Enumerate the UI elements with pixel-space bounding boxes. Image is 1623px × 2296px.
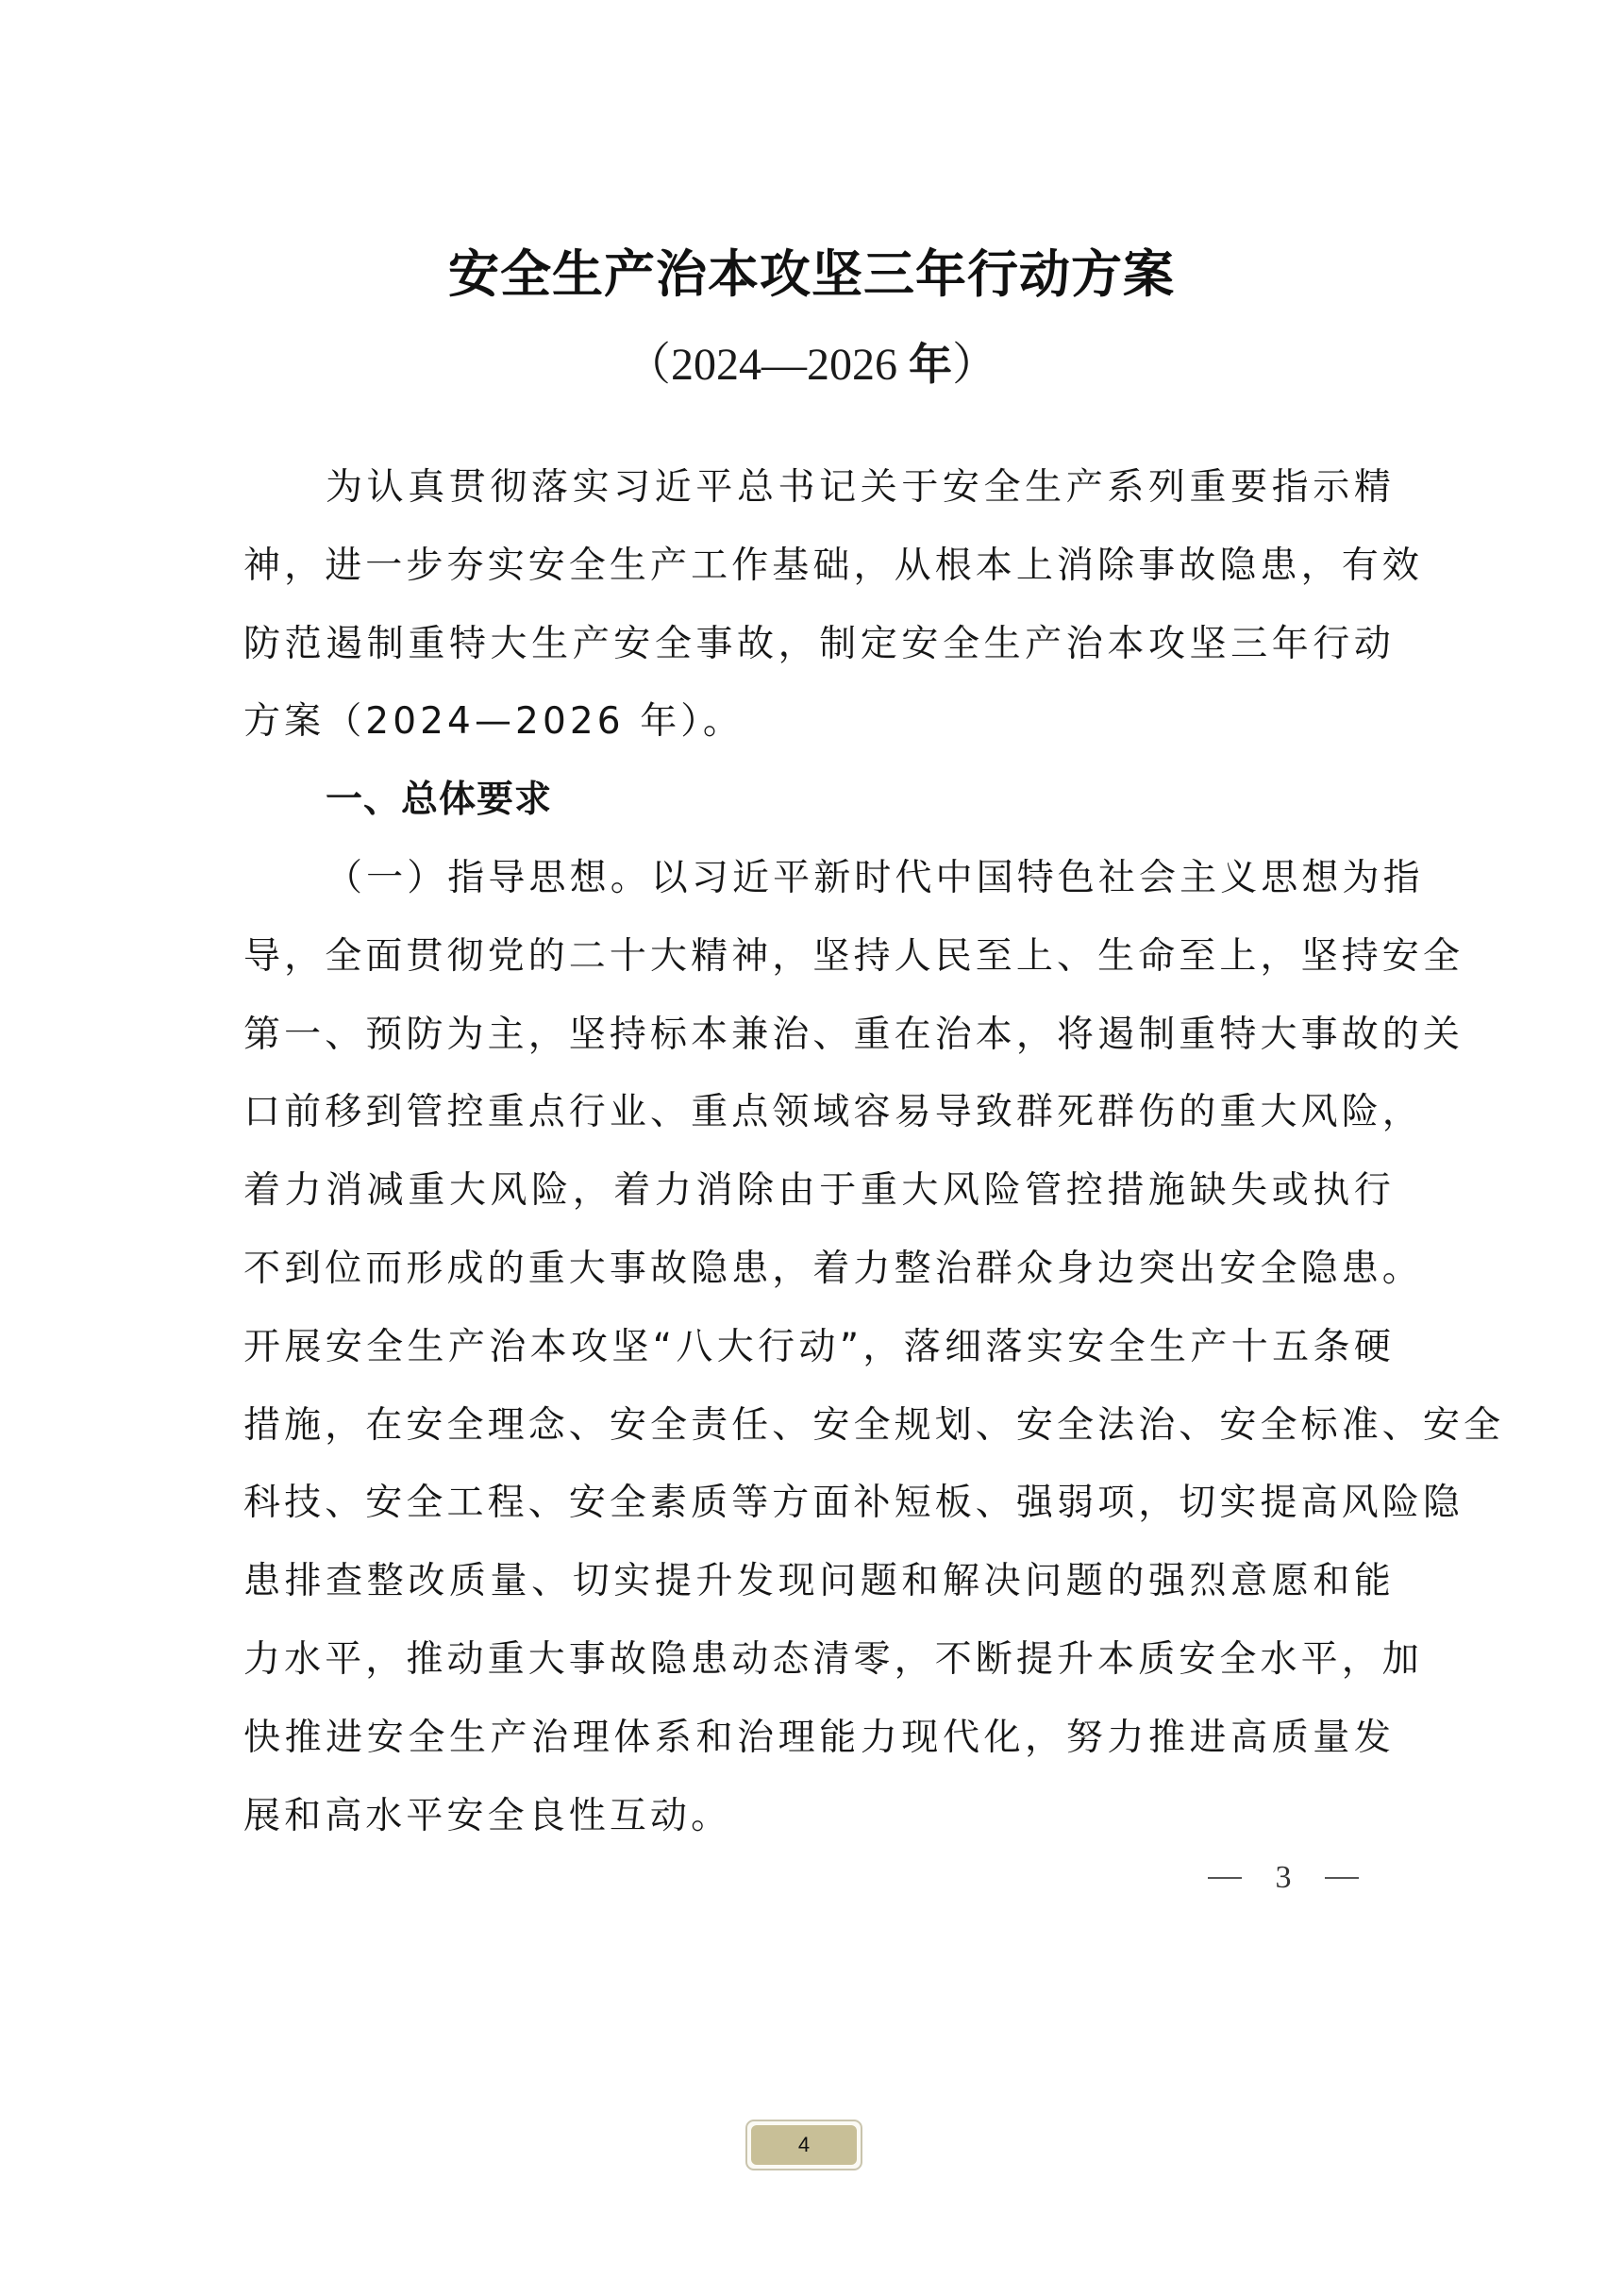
subtitle-open: （2024—2026 <box>626 340 909 390</box>
section-heading: 一、总体要求 <box>243 762 1395 840</box>
folio-number: 3 <box>1276 1854 1292 1902</box>
body-line: 患排查整改质量、切实提升发现问题和解决问题的强烈意愿和能 <box>243 1543 1395 1621</box>
subtitle-close: ） <box>952 340 997 390</box>
body-line: 第一、预防为主，坚持标本兼治、重在治本，将遏制重特大事故的关 <box>243 997 1395 1075</box>
subtitle-year-char: 年 <box>909 339 952 390</box>
body-line: 不到位而形成的重大事故隐患，着力整治群众身边突出安全隐患。 <box>243 1231 1395 1309</box>
page-number-badge-label: 4 <box>751 2125 857 2165</box>
body-line: 神，进一步夯实安全生产工作基础，从根本上消除事故隐患，有效 <box>243 528 1395 606</box>
document-page: 安全生产治本攻坚三年行动方案 （2024—2026 年） 为认真贯彻落实习近平总… <box>0 0 1623 2296</box>
page-folio: 3 <box>1208 1854 1359 1902</box>
folio-dash-left <box>1208 1877 1242 1879</box>
body-line: 措施，在安全理念、安全责任、安全规划、安全法治、安全标准、安全 <box>243 1387 1395 1466</box>
body-line: 防范遏制重特大生产安全事故，制定安全生产治本攻坚三年行动 <box>243 606 1395 684</box>
body-line: 口前移到管控重点行业、重点领域容易导致群死群伤的重大风险， <box>243 1074 1395 1152</box>
body-line: 开展安全生产治本攻坚“八大行动”，落细落实安全生产十五条硬 <box>243 1309 1395 1387</box>
body-line: 快推进安全生产治理体系和治理能力现代化，努力推进高质量发 <box>243 1700 1395 1778</box>
page-number-badge[interactable]: 4 <box>745 2120 862 2170</box>
body-line: 为认真贯彻落实习近平总书记关于安全生产系列重要指示精 <box>243 449 1395 528</box>
body-line: 着力消减重大风险，着力消除由于重大风险管控措施缺失或执行 <box>243 1152 1395 1231</box>
body-line: 科技、安全工程、安全素质等方面补短板、强弱项，切实提高风险隐 <box>243 1465 1395 1543</box>
body-line: 展和高水平安全良性互动。 <box>243 1778 1395 1856</box>
body-line: 力水平，推动重大事故隐患动态清零，不断提升本质安全水平，加 <box>243 1621 1395 1700</box>
body-line: 导，全面贯彻党的二十大精神，坚持人民至上、生命至上，坚持安全 <box>243 918 1395 997</box>
folio-dash-right <box>1325 1877 1359 1879</box>
body-line: （一）指导思想。以习近平新时代中国特色社会主义思想为指 <box>243 840 1395 918</box>
document-title: 安全生产治本攻坚三年行动方案 <box>0 236 1623 311</box>
document-body: 为认真贯彻落实习近平总书记关于安全生产系列重要指示精 神，进一步夯实安全生产工作… <box>243 449 1395 1855</box>
document-subtitle: （2024—2026 年） <box>0 330 1623 398</box>
body-line: 方案（2024—2026 年）。 <box>243 683 1395 762</box>
